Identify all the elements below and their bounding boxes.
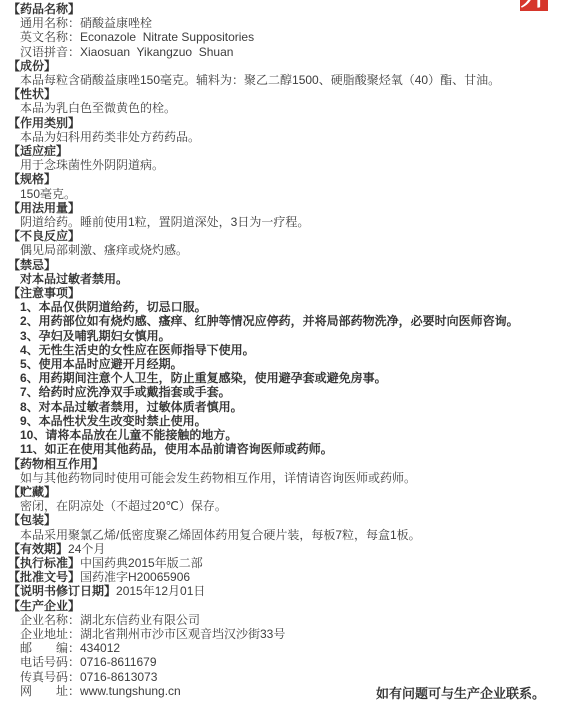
section-text-line: 传真号码：0716-8613073 [0,670,562,684]
section-text-line: 对本品过敏者禁用。 [0,272,562,286]
section-text-line: 4、无性生活史的女性应在医师指导下使用。 [0,343,562,357]
section-text-line: 用于念珠菌性外阴阴道病。 [0,158,562,172]
section-text-line: 5、使用本品时应避开月经期。 [0,357,562,371]
inline-field-value: 中国药典2015年版二部 [80,556,203,570]
inline-field-value: 24个月 [68,542,105,556]
section-header: 【生产企业】 [0,599,562,613]
section-inline-field: 【有效期】24个月 [0,542,562,556]
section-text-line: 6、用药期间注意个人卫生，防止重复感染，使用避孕套或避免房事。 [0,371,562,385]
section-text-line: 阴道给药。睡前使用1粒，置阴道深处，3日为一疗程。 [0,215,562,229]
section-text-line: 汉语拼音：Xiaosuan Yikangzuo Shuan [0,45,562,59]
leaflet-body: 【药品名称】通用名称：硝酸益康唑栓英文名称：Econazole Nitrate … [0,2,562,698]
section-header: 【作用类别】 [0,116,562,130]
inline-field-label: 【批准文号】 [8,570,80,584]
section-header: 【药物相互作用】 [0,457,562,471]
section-text-line: 邮 编：434012 [0,641,562,655]
section-text-line: 电话号码：0716-8611679 [0,655,562,669]
section-text-line: 10、请将本品放在儿童不能接触的地方。 [0,428,562,442]
section-text-line: 3、孕妇及哺乳期妇女慎用。 [0,329,562,343]
inline-field-value: 2015年12月01日 [116,584,205,598]
section-text-line: 11、如正在使用其他药品，使用本品前请咨询医师或药师。 [0,442,562,456]
section-header: 【药品名称】 [0,2,562,16]
section-text-line: 密闭，在阴凉处（不超过20℃）保存。 [0,499,562,513]
section-header: 【不良反应】 [0,229,562,243]
inline-field-label: 【说明书修订日期】 [8,584,116,598]
inline-field-label: 【执行标准】 [8,556,80,570]
section-header: 【适应症】 [0,144,562,158]
section-text-line: 企业地址：湖北省荆州市沙市区观音垱汉沙街33号 [0,627,562,641]
drug-leaflet-page: 外 【药品名称】通用名称：硝酸益康唑栓英文名称：Econazole Nitrat… [0,0,562,718]
section-header: 【规格】 [0,172,562,186]
section-header: 【用法用量】 [0,201,562,215]
section-text-line: 8、对本品过敏者禁用，过敏体质者慎用。 [0,400,562,414]
section-text-line: 如与其他药物同时使用可能会发生药物相互作用，详情请咨询医师或药师。 [0,471,562,485]
section-text-line: 英文名称：Econazole Nitrate Suppositories [0,30,562,44]
section-inline-field: 【批准文号】国药准字H20065906 [0,570,562,584]
section-text-line: 偶见局部刺激、瘙痒或烧灼感。 [0,243,562,257]
section-text-line: 通用名称：硝酸益康唑栓 [0,16,562,30]
section-header: 【贮藏】 [0,485,562,499]
section-text-line: 本品为乳白色至微黄色的栓。 [0,101,562,115]
section-text-line: 本品采用聚氯乙烯/低密度聚乙烯固体药用复合硬片装，每板7粒，每盒1板。 [0,528,562,542]
section-inline-field: 【执行标准】中国药典2015年版二部 [0,556,562,570]
section-text-line: 1、本品仅供阴道给药，切忌口服。 [0,300,562,314]
section-header: 【注意事项】 [0,286,562,300]
section-text-line: 企业名称：湖北东信药业有限公司 [0,613,562,627]
section-header: 【性状】 [0,87,562,101]
section-header: 【禁忌】 [0,258,562,272]
section-text-line: 本品每粒含硝酸益康唑150毫克。辅料为：聚乙二醇1500、硬脂酸聚烃氧（40）酯… [0,73,562,87]
section-text-line: 7、给药时应洗净双手或戴指套或手套。 [0,385,562,399]
inline-field-label: 【有效期】 [8,542,68,556]
section-header: 【成份】 [0,59,562,73]
section-header: 【包装】 [0,513,562,527]
section-inline-field: 【说明书修订日期】2015年12月01日 [0,584,562,598]
section-text-line: 本品为妇科用药类非处方药药品。 [0,130,562,144]
contact-manufacturer-note: 如有问题可与生产企业联系。 [376,683,545,702]
inline-field-value: 国药准字H20065906 [80,570,190,584]
section-text-line: 9、本品性状发生改变时禁止使用。 [0,414,562,428]
section-text-line: 2、用药部位如有烧灼感、瘙痒、红肿等情况应停药，并将局部药物洗净，必要时向医师咨… [0,314,562,328]
section-text-line: 150毫克。 [0,187,562,201]
